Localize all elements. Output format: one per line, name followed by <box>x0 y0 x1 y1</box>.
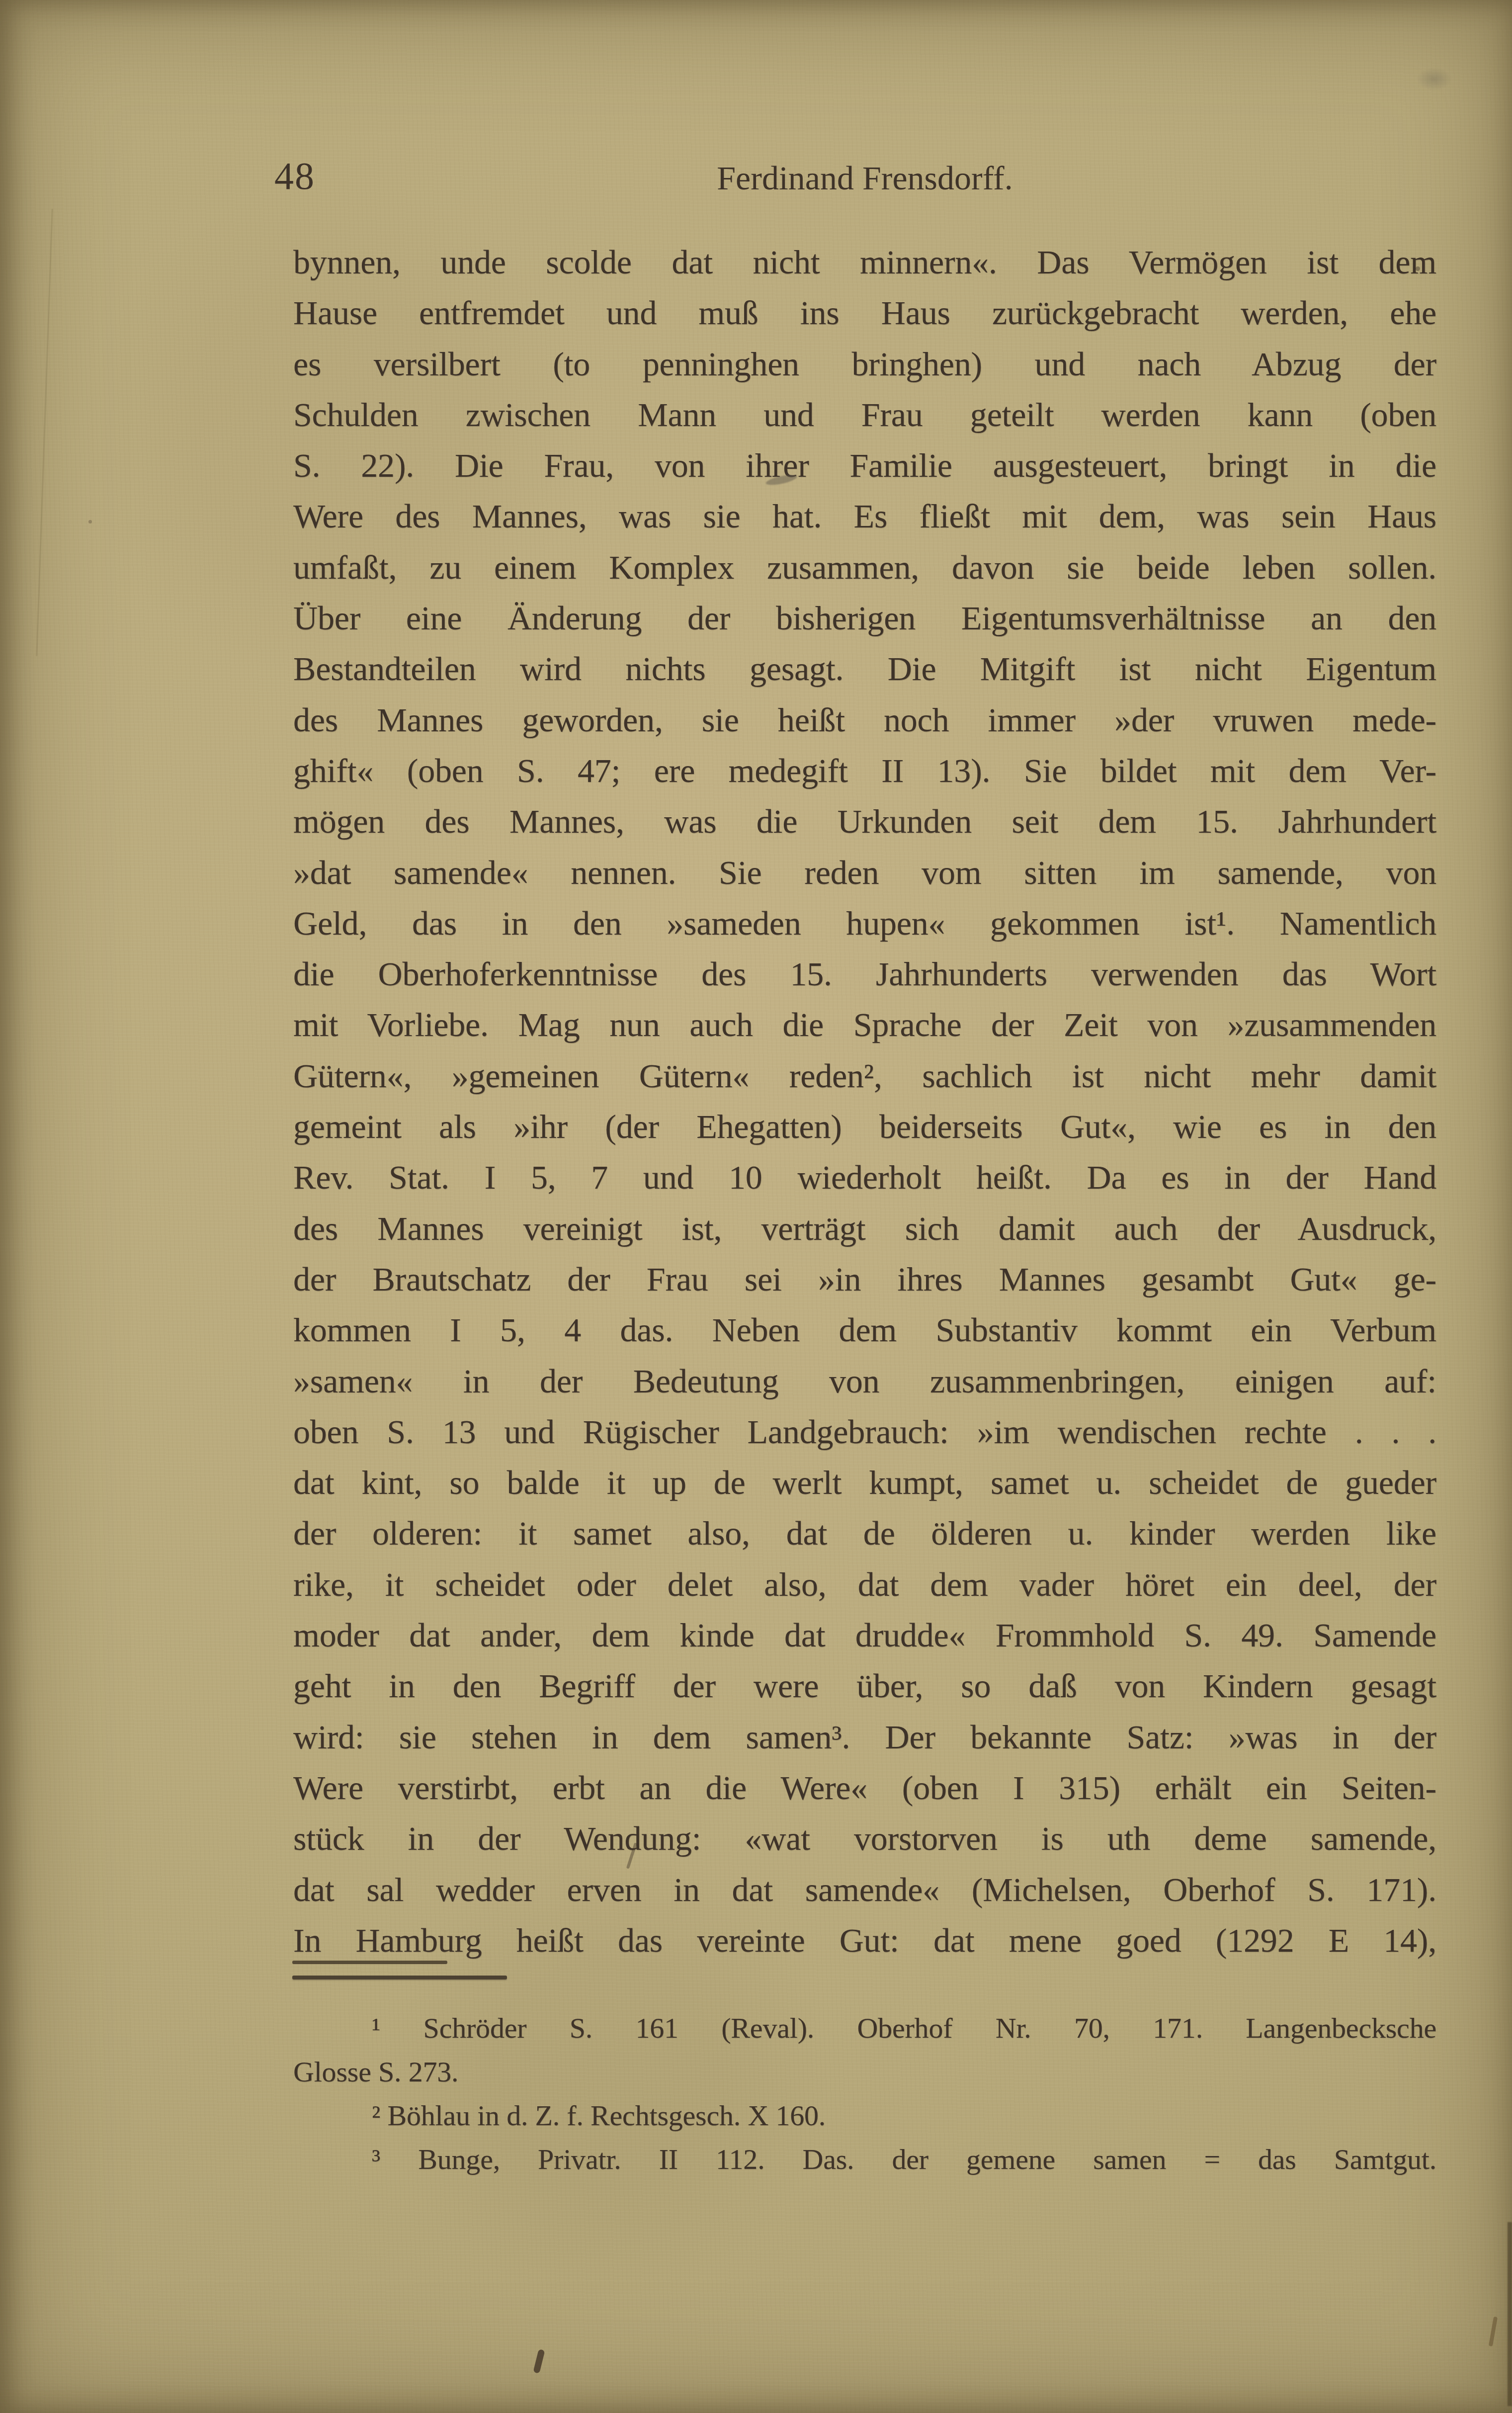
scanned-book-page: 48 Ferdinand Frensdorff. bynnen, unde sc… <box>0 0 1512 2413</box>
body-line: des Mannes vereinigt ist, verträgt sich … <box>293 1203 1436 1254</box>
page-edge-shadow <box>1508 2222 1512 2406</box>
body-line: mögen des Mannes, was die Urkunden seit … <box>293 796 1436 847</box>
body-line: »dat samende« nennen. Sie reden vom sitt… <box>293 847 1436 898</box>
body-line: dat sal wedder erven in dat samende« (Mi… <box>293 1864 1436 1915</box>
body-text: bynnen, unde scolde dat nicht minnern«. … <box>293 237 1436 1966</box>
body-line: die Oberhoferkenntnisse des 15. Jahrhund… <box>293 948 1436 999</box>
body-line: der Brautschatz der Frau sei »in ihres M… <box>293 1254 1436 1304</box>
footnote-line: Glosse S. 273. <box>293 2050 1436 2094</box>
body-line: Über eine Änderung der bisherigen Eigent… <box>293 593 1436 643</box>
paper-fiber <box>1489 2317 1498 2346</box>
body-line: bynnen, unde scolde dat nicht minnern«. … <box>293 237 1436 287</box>
body-line: »samen« in der Bedeutung von zusammenbri… <box>293 1356 1436 1406</box>
ink-speck <box>88 520 92 523</box>
footnote-line: ¹ Schröder S. 161 (Reval). Oberhof Nr. 7… <box>293 2006 1436 2050</box>
body-line: ghift« (oben S. 47; ere medegift II 13).… <box>293 745 1436 796</box>
body-line: stück in der Wendung: «wat vorstorven is… <box>293 1813 1436 1864</box>
body-line: Rev. Stat. I 5, 7 und 10 wiederholt heiß… <box>293 1152 1436 1203</box>
body-line: S. 22). Die Frau, von ihrer Familie ausg… <box>293 440 1436 491</box>
body-line: Were verstirbt, erbt an die Were« (oben … <box>293 1762 1436 1813</box>
footnote-line: ³ Bunge, Privatr. II 112. Das. der gemen… <box>293 2138 1436 2181</box>
body-line: dat kint, so balde it up de werlt kumpt,… <box>293 1457 1436 1508</box>
body-line: Hause entfremdet und muß ins Haus zurück… <box>293 287 1436 338</box>
ink-sliver <box>533 2349 545 2374</box>
body-line: oben S. 13 und Rügischer Landgebrauch: »… <box>293 1406 1436 1457</box>
body-line: In Hamburg heißt das vereinte Gut: dat m… <box>293 1915 1436 1966</box>
body-line: umfaßt, zu einem Komplex zusammen, davon… <box>293 542 1436 593</box>
body-line: Bestandteilen wird nichts gesagt. Die Mi… <box>293 643 1436 694</box>
body-line: Gütern«, »gemeinen Gütern« reden², sachl… <box>293 1050 1436 1101</box>
body-line: Were des Mannes, was sie hat. Es fließt … <box>293 491 1436 541</box>
body-line: es versilbert (to penninghen bringhen) u… <box>293 339 1436 389</box>
footnote-separator-rule <box>292 1976 507 1980</box>
footnote-line: ² Böhlau in d. Z. f. Rechtsgesch. X 160. <box>293 2094 1436 2138</box>
corner-smudge <box>1411 64 1458 94</box>
body-line: wird: sie stehen in dem samen³. Der beka… <box>293 1712 1436 1762</box>
body-line: rike, it scheidet oder delet also, dat d… <box>293 1559 1436 1610</box>
body-line: moder dat ander, dem kinde dat drudde« F… <box>293 1610 1436 1660</box>
body-line: Schulden zwischen Mann und Frau geteilt … <box>293 389 1436 440</box>
footnotes: ¹ Schröder S. 161 (Reval). Oberhof Nr. 7… <box>293 2006 1436 2181</box>
body-line: Geld, das in den »sameden hupen« gekomme… <box>293 898 1436 948</box>
body-line: gemeint als »ihr (der Ehegatten) beiders… <box>293 1101 1436 1152</box>
body-line: des Mannes geworden, sie heißt noch imme… <box>293 694 1436 745</box>
scan-scratch <box>36 209 53 656</box>
running-header: Ferdinand Frensdorff. <box>293 161 1436 195</box>
body-line: kommen I 5, 4 das. Neben dem Substantiv … <box>293 1304 1436 1355</box>
body-line: der olderen: it samet also, dat de ölder… <box>293 1508 1436 1558</box>
body-line: mit Vorliebe. Mag nun auch die Sprache d… <box>293 999 1436 1050</box>
body-line: geht in den Begriff der were über, so da… <box>293 1660 1436 1711</box>
